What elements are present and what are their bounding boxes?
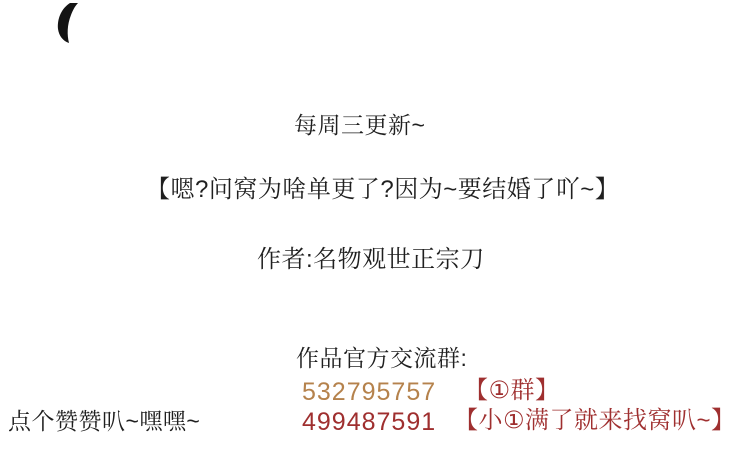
- author-credit-text: 作者:名物观世正宗刀: [257, 246, 485, 274]
- group-2-tag: 【小①满了就来找窝叭~】: [454, 407, 736, 435]
- group-1-number: 532795757: [302, 378, 436, 407]
- group-section-title: 作品官方交流群:: [296, 345, 467, 371]
- update-schedule-text: 每周三更新~: [294, 112, 425, 138]
- like-prompt-text: 点个赞赞叭~嘿嘿~: [8, 408, 200, 434]
- group-1-tag: 【①群】: [464, 377, 560, 405]
- hiatus-note-text: 【嗯?问窝为啥单更了?因为~要结婚了吖~】: [146, 176, 619, 204]
- ink-blob-mark: [55, 3, 79, 43]
- group-2-number: 499487591: [302, 408, 436, 437]
- endcard-page: 每周三更新~ 【嗯?问窝为啥单更了?因为~要结婚了吖~】 作者:名物观世正宗刀 …: [0, 0, 750, 450]
